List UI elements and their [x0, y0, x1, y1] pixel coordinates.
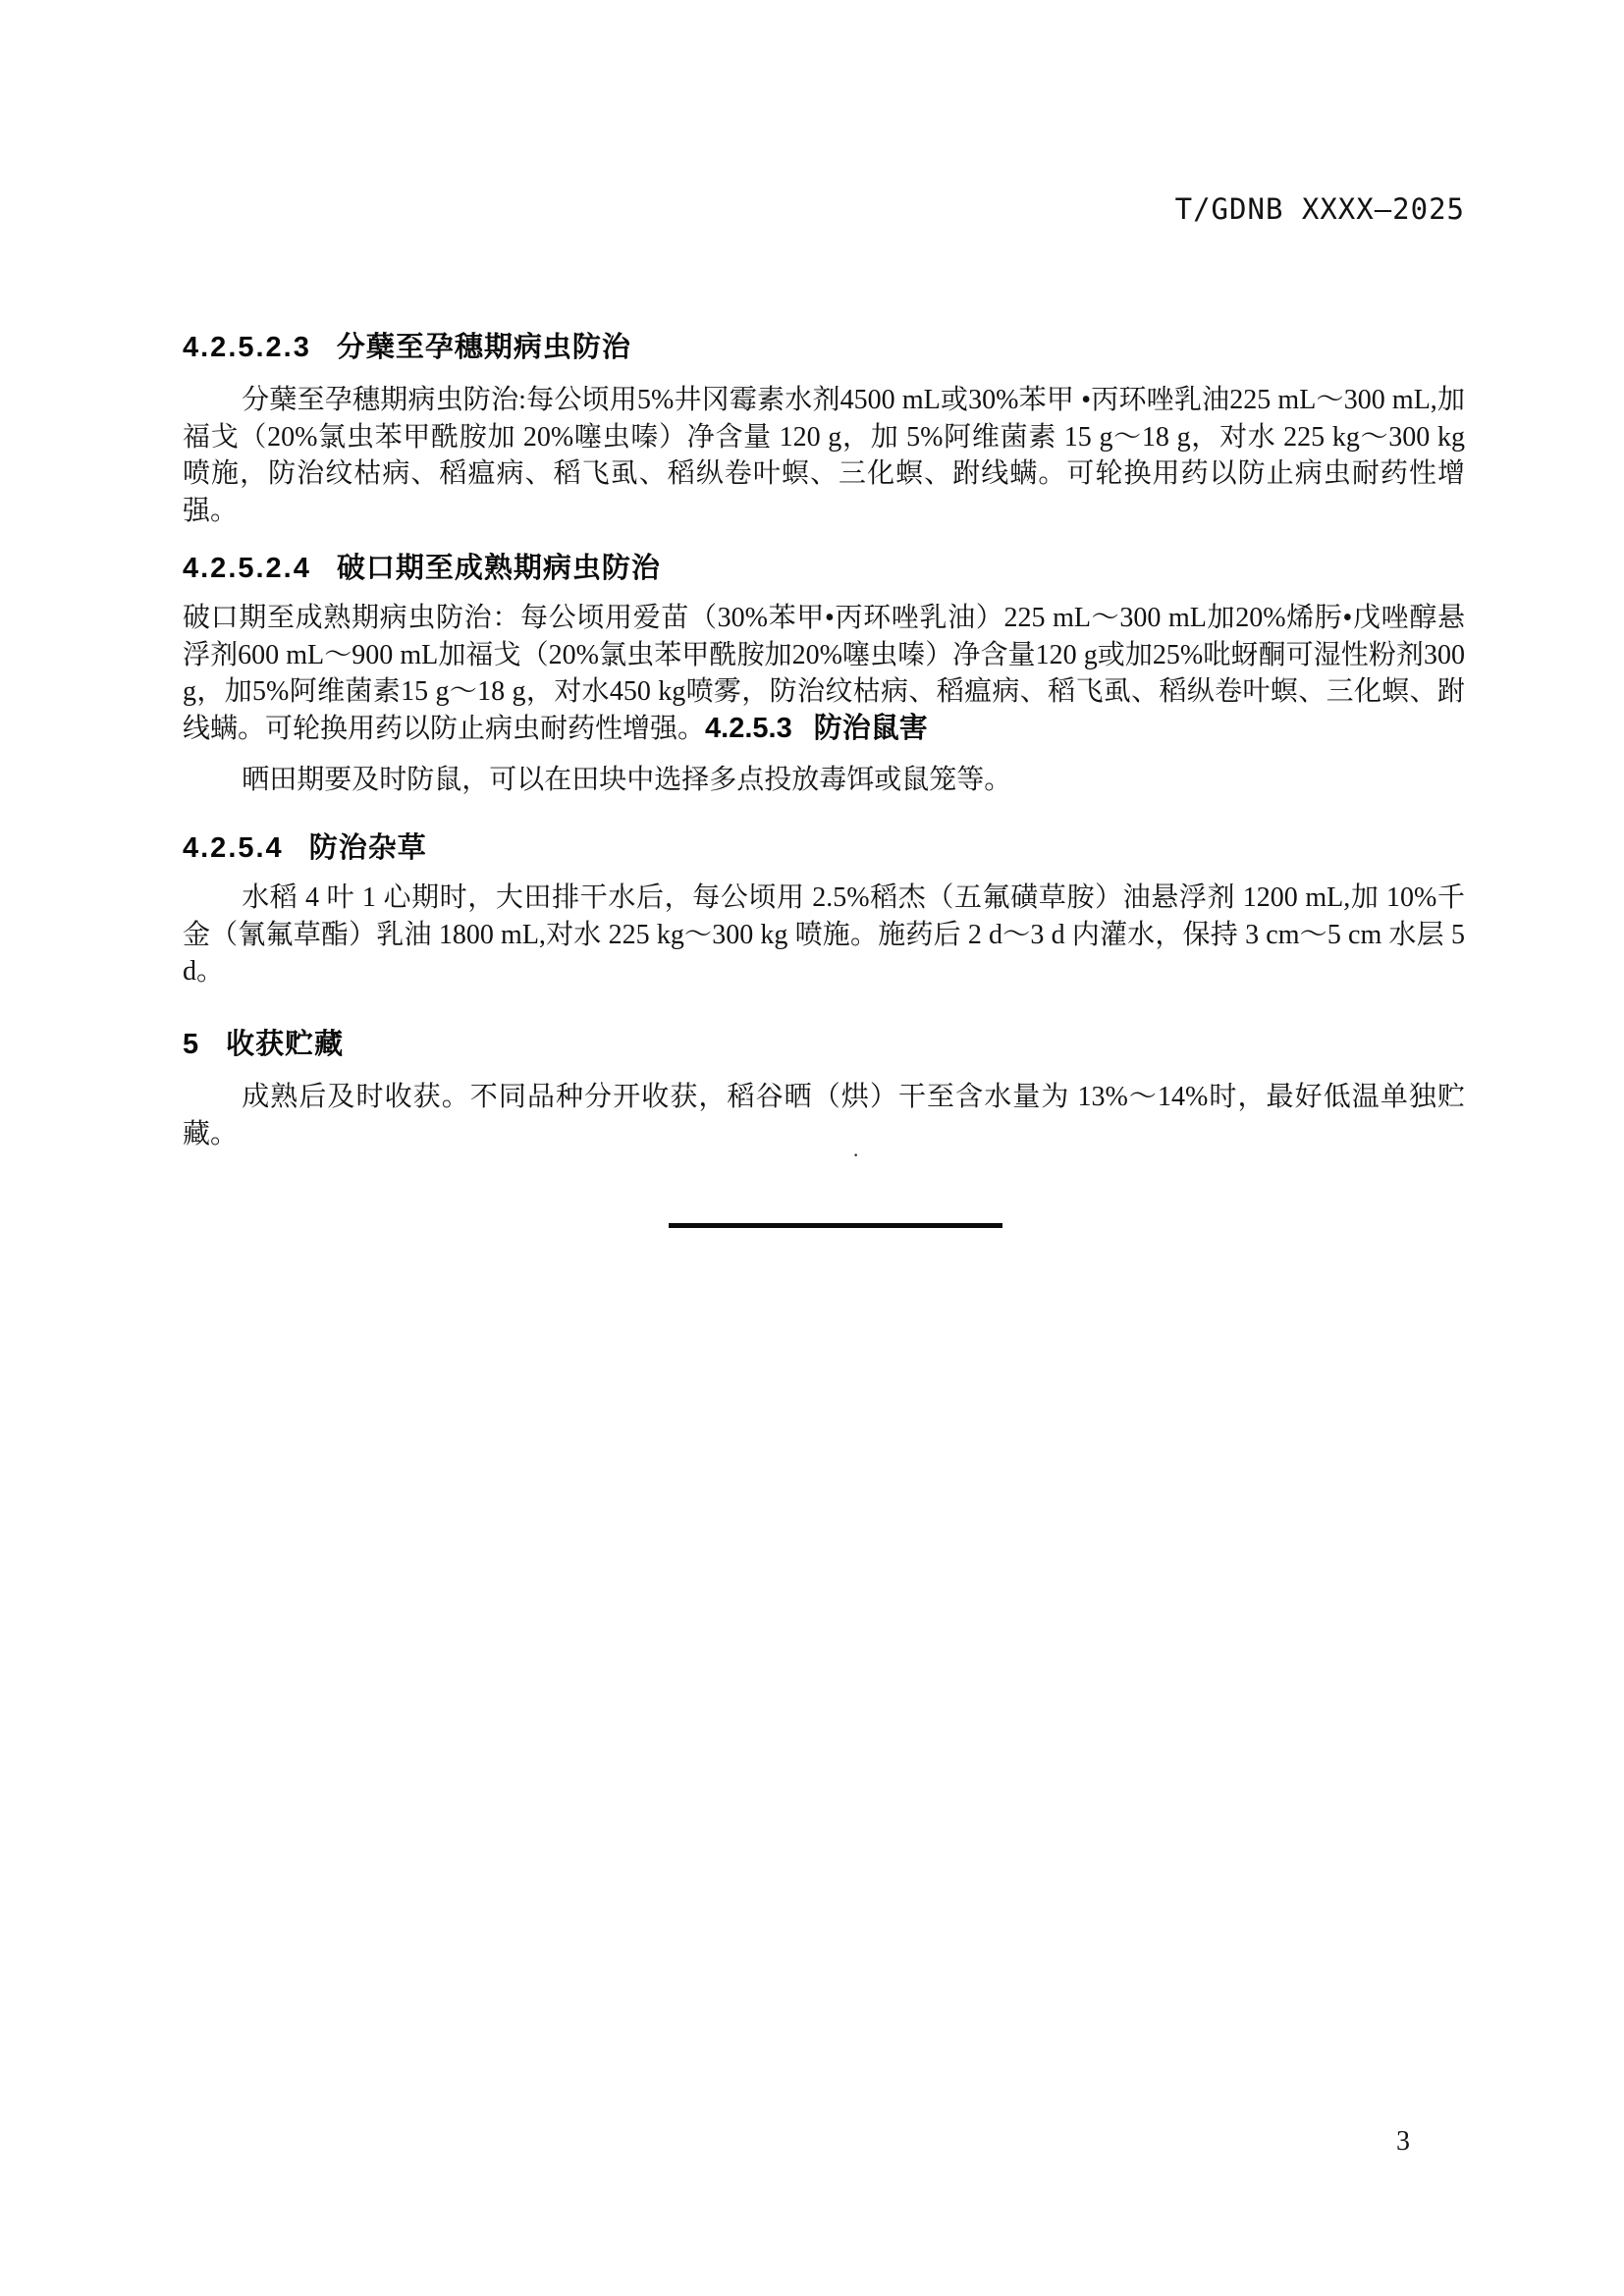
standard-number-header: T/GDNB XXXX—2025 [1175, 192, 1465, 226]
section-title: 破口期至成熟期病虫防治 [337, 553, 661, 584]
document-page: T/GDNB XXXX—2025 4.2.5.2.3分蘖至孕穗期病虫防治 分蘖至… [0, 0, 1624, 2296]
paragraph-weed-control: 水稻 4 叶 1 心期时，大田排干水后，每公顷用 2.5%稻杰（五氟磺草胺）油悬… [183, 880, 1465, 990]
page-number: 3 [1396, 2126, 1410, 2158]
section-number: 4.2.5.2.3 [183, 332, 311, 363]
section-title: 防治杂草 [309, 832, 427, 864]
end-of-text-divider [669, 1223, 1002, 1228]
section-heading-5: 5收获贮藏 [183, 1022, 1465, 1062]
section-title: 收获贮藏 [226, 1029, 344, 1060]
section-title: 防治鼠害 [814, 713, 928, 744]
section-heading-4-2-5-4: 4.2.5.4防治杂草 [183, 826, 1465, 866]
section-heading-4-2-5-2-3: 4.2.5.2.3分蘖至孕穗期病虫防治 [183, 325, 1465, 365]
paragraph-rodent-control: 晒田期要及时防鼠，可以在田块中选择多点投放毒饵或鼠笼等。 [183, 762, 1465, 799]
section-number: 5 [183, 1029, 200, 1060]
section-number: 4.2.5.3 [705, 713, 792, 744]
stray-dot-mark: · [852, 1143, 859, 1168]
section-title: 分蘖至孕穗期病虫防治 [337, 332, 631, 363]
section-number: 4.2.5.4 [183, 832, 284, 864]
paragraph-heading-stage-control: 破口期至成熟期病虫防治：每公顷用爱苗（30%苯甲•丙环唑乳油）225 mL～30… [183, 600, 1465, 747]
section-heading-4-2-5-2-4: 4.2.5.2.4破口期至成熟期病虫防治 [183, 546, 1465, 586]
paragraph-tillering-control: 分蘖至孕穗期病虫防治:每公顷用5%井冈霉素水剂4500 mL或30%苯甲 •丙环… [183, 382, 1465, 529]
inline-section-heading-4-2-5-3: 4.2.5.3防治鼠害 [705, 713, 928, 744]
section-number: 4.2.5.2.4 [183, 553, 311, 584]
paragraph-harvest-storage: 成熟后及时收获。不同品种分开收获，稻谷晒（烘）干至含水量为 13%～14%时，最… [183, 1079, 1465, 1152]
